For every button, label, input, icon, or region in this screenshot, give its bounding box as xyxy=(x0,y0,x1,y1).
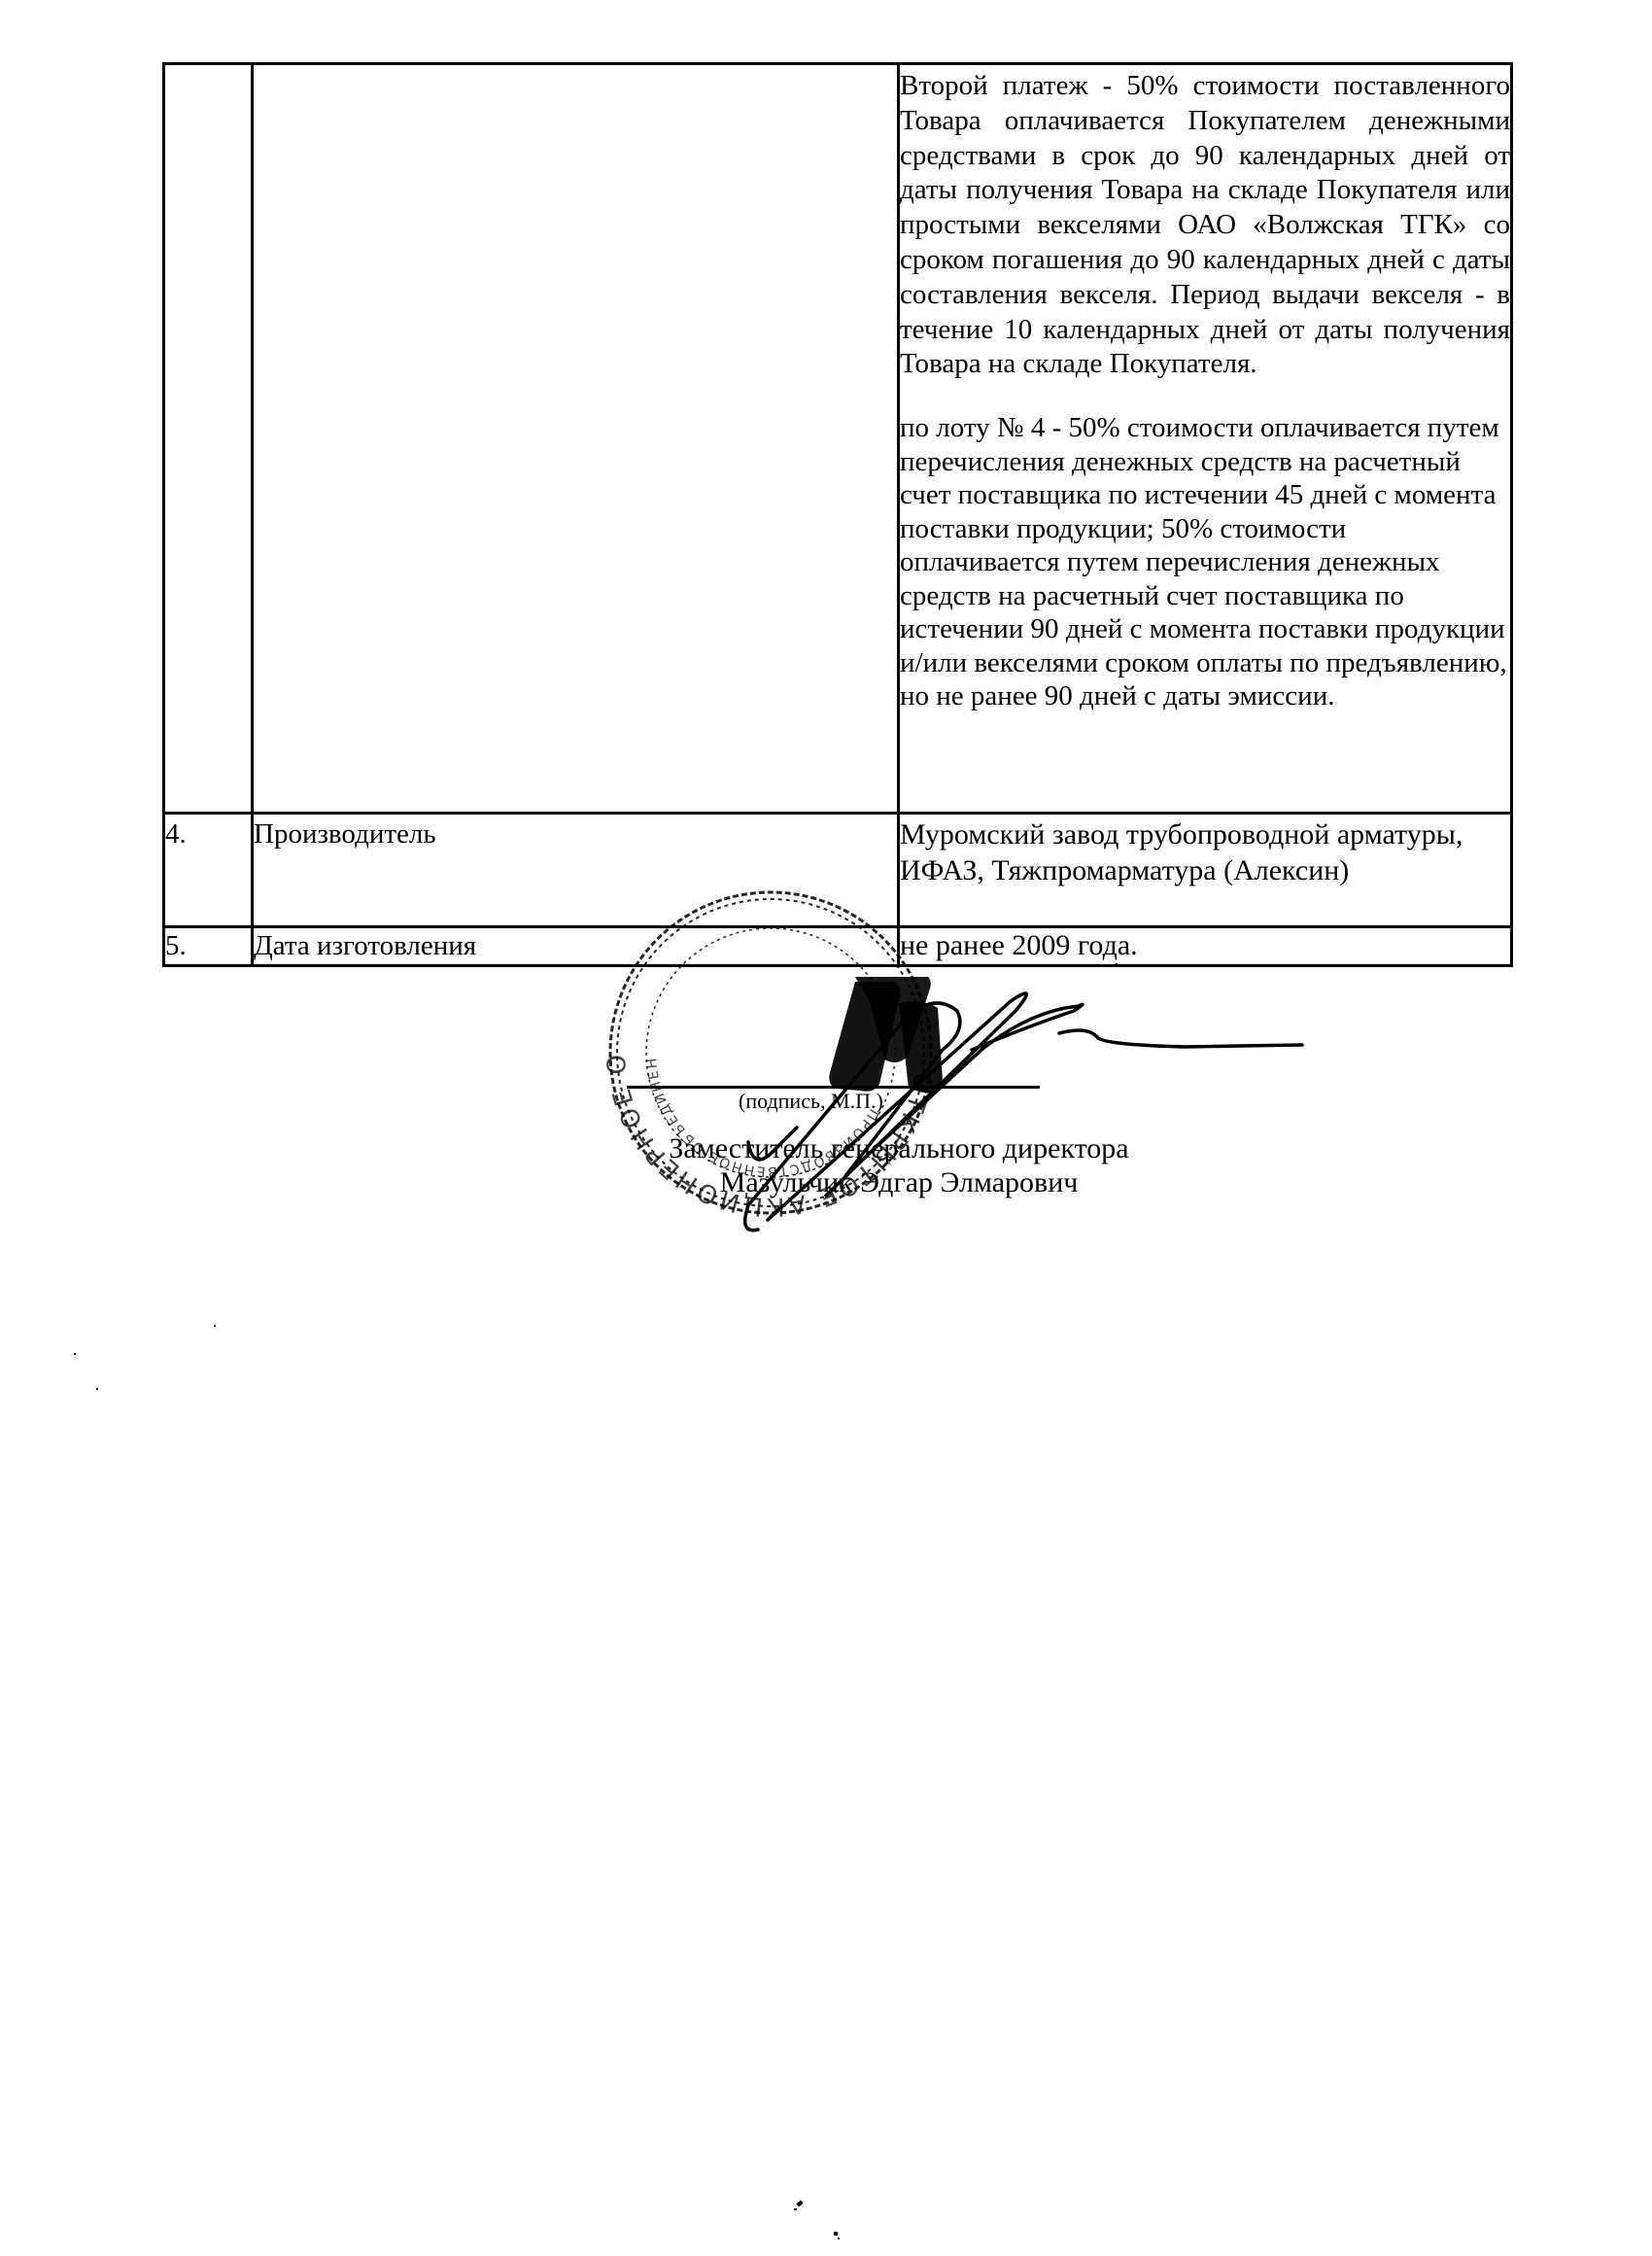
lot-4-payment-paragraph: по лоту № 4 - 50% стоимости оплачивается… xyxy=(900,411,1510,713)
table-row: 4. Производитель Муромский завод трубопр… xyxy=(164,814,1512,927)
row-number-cell: 5. xyxy=(164,927,253,966)
row-number-cell: 4. xyxy=(164,814,253,927)
table-row: Второй платеж - 50% стоимости поставленн… xyxy=(164,64,1512,814)
payment-terms-cell: Второй платеж - 50% стоимости поставленн… xyxy=(899,64,1512,814)
table-row: 5. Дата изготовления не ранее 2009 года. xyxy=(164,927,1512,966)
manufacturer-value-cell: Муромский завод трубопроводной арматуры,… xyxy=(899,814,1512,927)
document-page: Второй платеж - 50% стоимости поставленн… xyxy=(0,0,1652,2256)
signatory-name: Мазульчик Эдгар Элмарович xyxy=(0,1166,1652,1199)
signatory-position: Заместитель генерального директора xyxy=(0,1132,1652,1165)
row-label-cell xyxy=(253,64,899,814)
second-payment-paragraph: Второй платеж - 50% стоимости поставленн… xyxy=(900,69,1510,382)
manufacture-date-value-cell: не ранее 2009 года. xyxy=(899,927,1512,966)
row-number-cell xyxy=(164,64,253,814)
signature-caption: (подпись, М.П.) xyxy=(739,1089,883,1114)
row-label-cell: Дата изготовления xyxy=(253,927,899,966)
row-label-cell: Производитель xyxy=(253,814,899,927)
specification-table: Второй платеж - 50% стоимости поставленн… xyxy=(162,62,1513,967)
